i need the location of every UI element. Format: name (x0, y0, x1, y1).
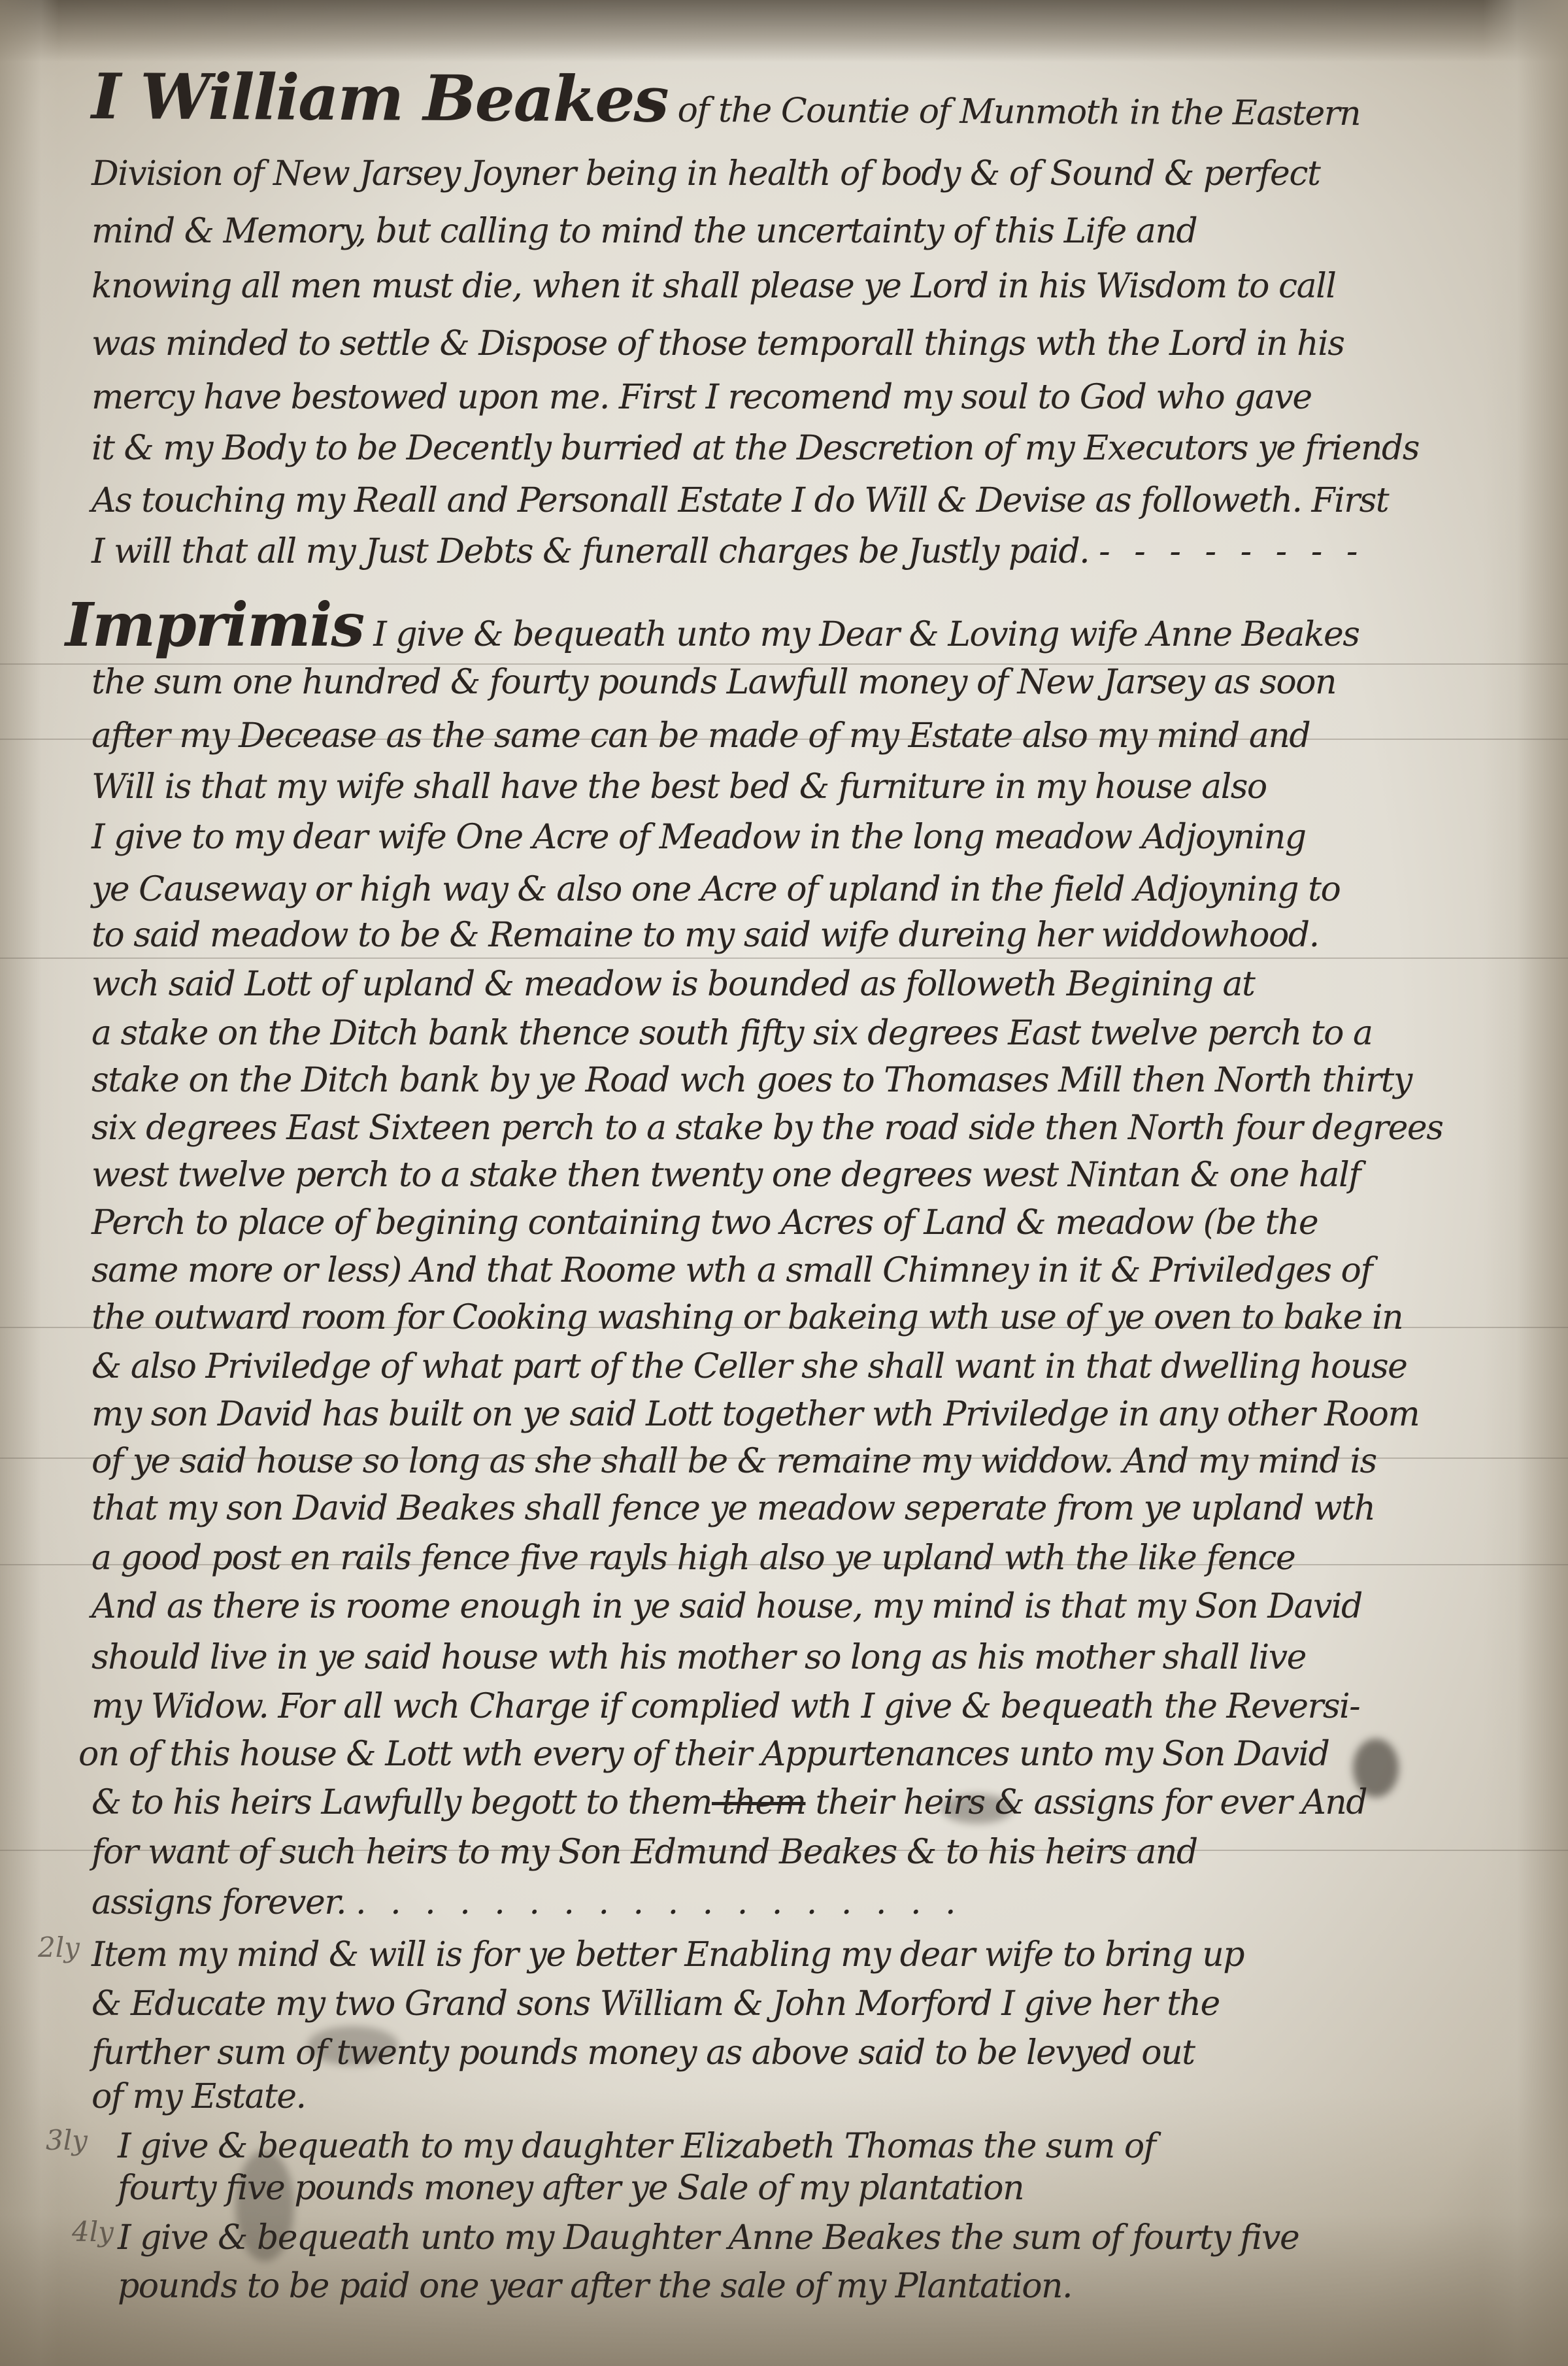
text-line: further sum of twenty pounds money as ab… (92, 2036, 1194, 2070)
text-line: Imprimis I give & bequeath unto my Dear … (65, 595, 1359, 655)
text-line: & to his heirs Lawfully begott to them t… (92, 1786, 1367, 1820)
text-line: of my Estate. (92, 2080, 306, 2114)
line-filler: . . . . . . . . . . . . . . . . . . (356, 1883, 963, 1922)
text-line: of ye said house so long as she shall be… (92, 1444, 1376, 1478)
text-line: I William Beakes of the Countie of Munmo… (92, 65, 1361, 135)
struck-word: them (712, 1783, 806, 1822)
text-line: ye Causeway or high way & also one Acre … (92, 873, 1340, 907)
text-line: Will is that my wife shall have the best… (92, 770, 1267, 804)
text-line: And as there is roome enough in ye said … (92, 1590, 1362, 1624)
text-line: the outward room for Cooking washing or … (92, 1301, 1403, 1335)
page-top-shadow (0, 0, 1568, 62)
page-right-edge (1483, 0, 1568, 2366)
text-line: that my son David Beakes shall fence ye … (92, 1491, 1375, 1525)
testator-name: I William Beakes (92, 59, 668, 137)
text-line: Perch to place of begining containing tw… (92, 1206, 1318, 1240)
text-line: same more or less) And that Roome wth a … (92, 1254, 1372, 1288)
text-line: should live in ye said house wth his mot… (92, 1641, 1306, 1675)
margin-note: 3ly (46, 2124, 88, 2156)
text-line: was minded to settle & Dispose of those … (92, 327, 1344, 361)
text-line: mercy have bestowed upon me. First I rec… (92, 380, 1312, 414)
text-line: mind & Memory, but calling to mind the u… (92, 214, 1197, 248)
text-line: & Educate my two Grand sons William & Jo… (92, 1987, 1220, 2021)
text-line: to said meadow to be & Remaine to my sai… (92, 918, 1319, 952)
text-line: a good post en rails fence five rayls hi… (92, 1541, 1295, 1575)
text-line: wch said Lott of upland & meadow is boun… (92, 967, 1254, 1001)
text-line: Item my mind & will is for ye better Ena… (92, 1938, 1244, 1972)
text-line: for want of such heirs to my Son Edmund … (92, 1835, 1197, 1869)
text-line: after my Decease as the same can be made… (92, 719, 1310, 753)
text-line: the sum one hundred & fourty pounds Lawf… (92, 665, 1336, 699)
page-left-shadow (0, 0, 59, 2366)
text-line: six degrees East Sixteen perch to a stak… (92, 1111, 1443, 1145)
line-filler: - - - - - - - - (1099, 532, 1364, 571)
text-line: I give & bequeath unto my Daughter Anne … (118, 2221, 1299, 2255)
text-line: I give & bequeath to my daughter Elizabe… (118, 2129, 1155, 2163)
text-line: I give to my dear wife One Acre of Meado… (92, 820, 1306, 854)
text-line: knowing all men must die, when it shall … (92, 269, 1335, 303)
text-line: my Widow. For all wch Charge if complied… (92, 1690, 1359, 1724)
text-line: assigns forever. . . . . . . . . . . . .… (92, 1886, 963, 1920)
margin-note: 2ly (38, 1931, 80, 1963)
ruled-line (0, 958, 1568, 959)
text-line: a stake on the Ditch bank thence south f… (92, 1016, 1373, 1050)
text-line: As touching my Reall and Personall Estat… (92, 484, 1388, 518)
text-line: on of this house & Lott wth every of the… (78, 1737, 1329, 1771)
text-line: pounds to be paid one year after the sal… (118, 2269, 1072, 2303)
text-line: Division of New Jarsey Joyner being in h… (92, 157, 1320, 191)
text-line: I will that all my Just Debts & funerall… (92, 535, 1364, 569)
imprimis-heading: Imprimis (65, 590, 363, 660)
text-line: & also Priviledge of what part of the Ce… (92, 1350, 1407, 1384)
text-line: my son David has built on ye said Lott t… (92, 1397, 1419, 1431)
text-line: fourty five pounds money after ye Sale o… (118, 2171, 1024, 2205)
text-line: it & my Body to be Decently burried at t… (92, 431, 1419, 465)
text-line: stake on the Ditch bank by ye Road wch g… (92, 1063, 1412, 1097)
margin-note: 4ly (72, 2216, 114, 2248)
text-line: west twelve perch to a stake then twenty… (92, 1158, 1360, 1192)
